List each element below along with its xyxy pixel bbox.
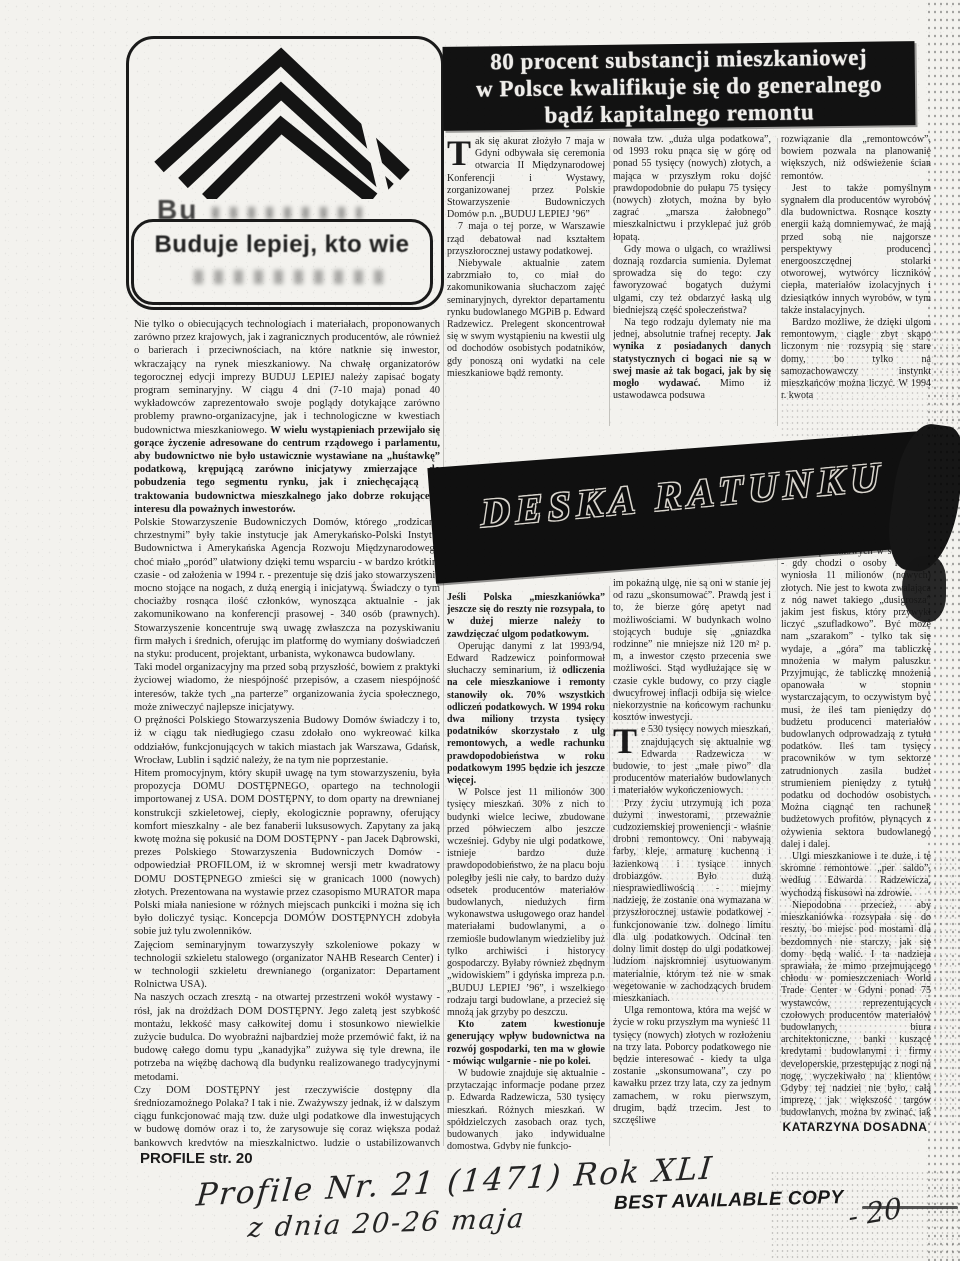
body-text: W Polsce jest 11 milionów 300 tysięcy mi…	[447, 787, 605, 1018]
paragraph: Zajęciom seminaryjnym towarzyszyły szkol…	[134, 939, 440, 992]
body-text: Przy życiu utrzymują ich poza dużymi inw…	[613, 798, 771, 1004]
paragraph: Hitem promocyjnym, który skupił uwagę na…	[134, 767, 440, 939]
emphasized-text: Kto zatem kwestionuje generujący wpływ b…	[447, 1019, 605, 1067]
paragraph: Nie tylko o obiecujących technologiach i…	[134, 318, 440, 516]
body-text: Ulga remontowa, która ma wejść w życie w…	[613, 1005, 771, 1126]
paragraph: Taki model organizacyjny ma przed sobą p…	[134, 661, 440, 714]
body-text: Zajęciom seminaryjnym towarzyszyły szkol…	[134, 940, 440, 991]
ink-smear	[212, 207, 362, 219]
headline-line: w Polsce kwalifikuje się do generalnego	[443, 70, 915, 103]
drop-cap: T	[613, 724, 641, 756]
body-text: Gdy mowa o ulgach, co wrażliwsi doznają …	[613, 244, 771, 316]
body-text: Jest to także pomyślnym sygnałem dla pro…	[781, 183, 931, 316]
slogan-box: Buduje lepiej, kto wie	[131, 219, 433, 305]
article-column-2-top: Tak się akurat złożyło 7 maja w Gdyni od…	[447, 136, 605, 428]
column-divider	[777, 556, 778, 1111]
paragraph: Przy życiu utrzymują ich poza dużymi inw…	[613, 798, 771, 1005]
paragraph: Czy DOM DOSTĘPNY jest rzeczywiście dostę…	[134, 1084, 440, 1146]
paragraph: Jeśli Polska „mieszkaniówka” jeszcze się…	[447, 592, 605, 641]
paragraph: Na tego rodzaju dylematy nie ma jednej, …	[613, 317, 771, 402]
paragraph: Te 530 tysięcy nowych mieszkań, znajdują…	[613, 724, 771, 797]
paragraph: Ulgi mieszkaniowe i te duże, i te skromn…	[781, 851, 931, 900]
body-text: Ulgi mieszkaniowe i te duże, i te skromn…	[781, 851, 931, 899]
paragraph: W Polsce jest 11 milionów 300 tysięcy mi…	[447, 787, 605, 1019]
paragraph: Kto zatem kwestionuje generujący wpływ b…	[447, 1019, 605, 1068]
paragraph: Operując danymi z lat 1993/94, Edward Ra…	[447, 641, 605, 787]
body-text: Niepodobna przecież, aby mieszkaniówka r…	[781, 900, 931, 1116]
body-text: Niebywale aktualnie zatem zabrzmiało to,…	[447, 258, 605, 379]
body-text: Taki model organizacyjny ma przed sobą p…	[134, 662, 440, 713]
body-text: Bardzo możliwe, że dzięki ulgom remontow…	[781, 317, 931, 401]
body-text: nowała tzw. „duża ulga podatkowa”, od 19…	[613, 134, 771, 243]
emphasized-text: Jeśli Polska „mieszkaniówka” jeszcze się…	[447, 592, 605, 640]
body-text: rozwiązanie dla „remontowców”, bowiem po…	[781, 134, 931, 182]
best-available-copy-stamp: BEST AVAILABLE COPY	[614, 1187, 844, 1215]
paragraph: Gdy mowa o ulgach, co wrażliwsi doznają …	[613, 244, 771, 317]
scanned-newspaper-page: Bu Buduje lepiej, kto wie 80 procent sub…	[0, 0, 960, 1261]
scan-edge-noise	[926, 0, 960, 1261]
article-column-3-bottom: im pokaźną ulgę, nie są oni w stanie jej…	[613, 578, 771, 1152]
column-divider	[777, 138, 778, 426]
body-text: Na naszych oczach zresztą - na otwartej …	[134, 992, 440, 1082]
body-text: im pokaźną ulgę, nie są oni w stanie jej…	[613, 578, 771, 723]
body-text: O prężności Polskiego Stowarzyszenia Bud…	[134, 715, 440, 766]
paragraph: O prężności Polskiego Stowarzyszenia Bud…	[134, 714, 440, 767]
body-text: Hitem promocyjnym, który skupił uwagę na…	[134, 768, 440, 937]
slogan-ghost-line	[194, 270, 384, 284]
column-divider	[609, 586, 610, 1146]
emphasized-text: odliczenia na cele mieszkaniowe i remont…	[447, 665, 605, 786]
paragraph: Ulga remontowa, która ma wejść w życie w…	[613, 1005, 771, 1127]
paragraph: nowała tzw. „duża ulga podatkowa”, od 19…	[613, 134, 771, 244]
paragraph: Niebywale aktualnie zatem zabrzmiało to,…	[447, 258, 605, 380]
article-column-left: Nie tylko o obiecujących technologiach i…	[134, 318, 440, 1146]
paragraph: Polskie Stowarzyszenie Budowniczych Domó…	[134, 516, 440, 661]
paragraph: im pokaźną ulgę, nie są oni w stanie jej…	[613, 578, 771, 724]
slogan-text: Buduje lepiej, kto wie	[134, 232, 430, 258]
body-text: odliczeń podatkowych w skali kraju - gdy…	[781, 546, 931, 850]
emphasized-text: W wielu wystąpieniach przewijało się gor…	[134, 425, 440, 515]
handwritten-page-number: - 20	[847, 1191, 902, 1233]
paragraph: odliczeń podatkowych w skali kraju - gdy…	[781, 546, 931, 851]
column-divider	[443, 320, 444, 1146]
paragraph: rozwiązanie dla „remontowców”, bowiem po…	[781, 134, 931, 183]
headline-banner: 80 procent substancji mieszkaniowej w Po…	[443, 41, 916, 131]
paragraph: Bardzo możliwe, że dzięki ulgom remontow…	[781, 317, 931, 402]
article-title: DESKA RATUNKU	[431, 452, 936, 539]
drop-cap: T	[447, 136, 475, 168]
body-text: Na tego rodzaju dylematy nie ma jednej, …	[613, 317, 771, 340]
column-divider	[609, 138, 610, 426]
article-column-4-top: rozwiązanie dla „remontowców”, bowiem po…	[781, 134, 931, 428]
paragraph: 7 maja o tej porze, w Warszawie rząd deb…	[447, 221, 605, 258]
paragraph: Jest to także pomyślnym sygnałem dla pro…	[781, 183, 931, 317]
paragraph: Tak się akurat złożyło 7 maja w Gdyni od…	[447, 136, 605, 221]
paragraph: Na naszych oczach zresztą - na otwartej …	[134, 991, 440, 1083]
footer-page-ref: PROFILE str. 20	[140, 1150, 253, 1167]
paragraph: W budowie znajduje się aktualnie - przyt…	[447, 1068, 605, 1150]
byline: KATARZYNA DOSADNA	[776, 1120, 934, 1134]
paragraph: Niepodobna przecież, aby mieszkaniówka r…	[781, 900, 931, 1116]
logo-box: Bu Buduje lepiej, kto wie	[126, 36, 444, 310]
body-text: 7 maja o tej porze, w Warszawie rząd deb…	[447, 221, 605, 256]
roof-chevrons-icon	[153, 47, 415, 199]
body-text: Nie tylko o obiecujących technologiach i…	[134, 319, 440, 436]
handwritten-date-note: z dnia 20-26 maja	[246, 1203, 526, 1244]
article-column-3-top: nowała tzw. „duża ulga podatkowa”, od 19…	[613, 134, 771, 428]
article-column-4-bottom: odliczeń podatkowych w skali kraju - gdy…	[781, 546, 931, 1116]
body-text: Polskie Stowarzyszenie Budowniczych Domó…	[134, 517, 440, 660]
article-column-2-bottom: Jeśli Polska „mieszkaniówka” jeszcze się…	[447, 592, 605, 1150]
body-text: Czy DOM DOSTĘPNY jest rzeczywiście dostę…	[134, 1085, 440, 1146]
body-text: W budowie znajduje się aktualnie - przyt…	[447, 1068, 605, 1150]
